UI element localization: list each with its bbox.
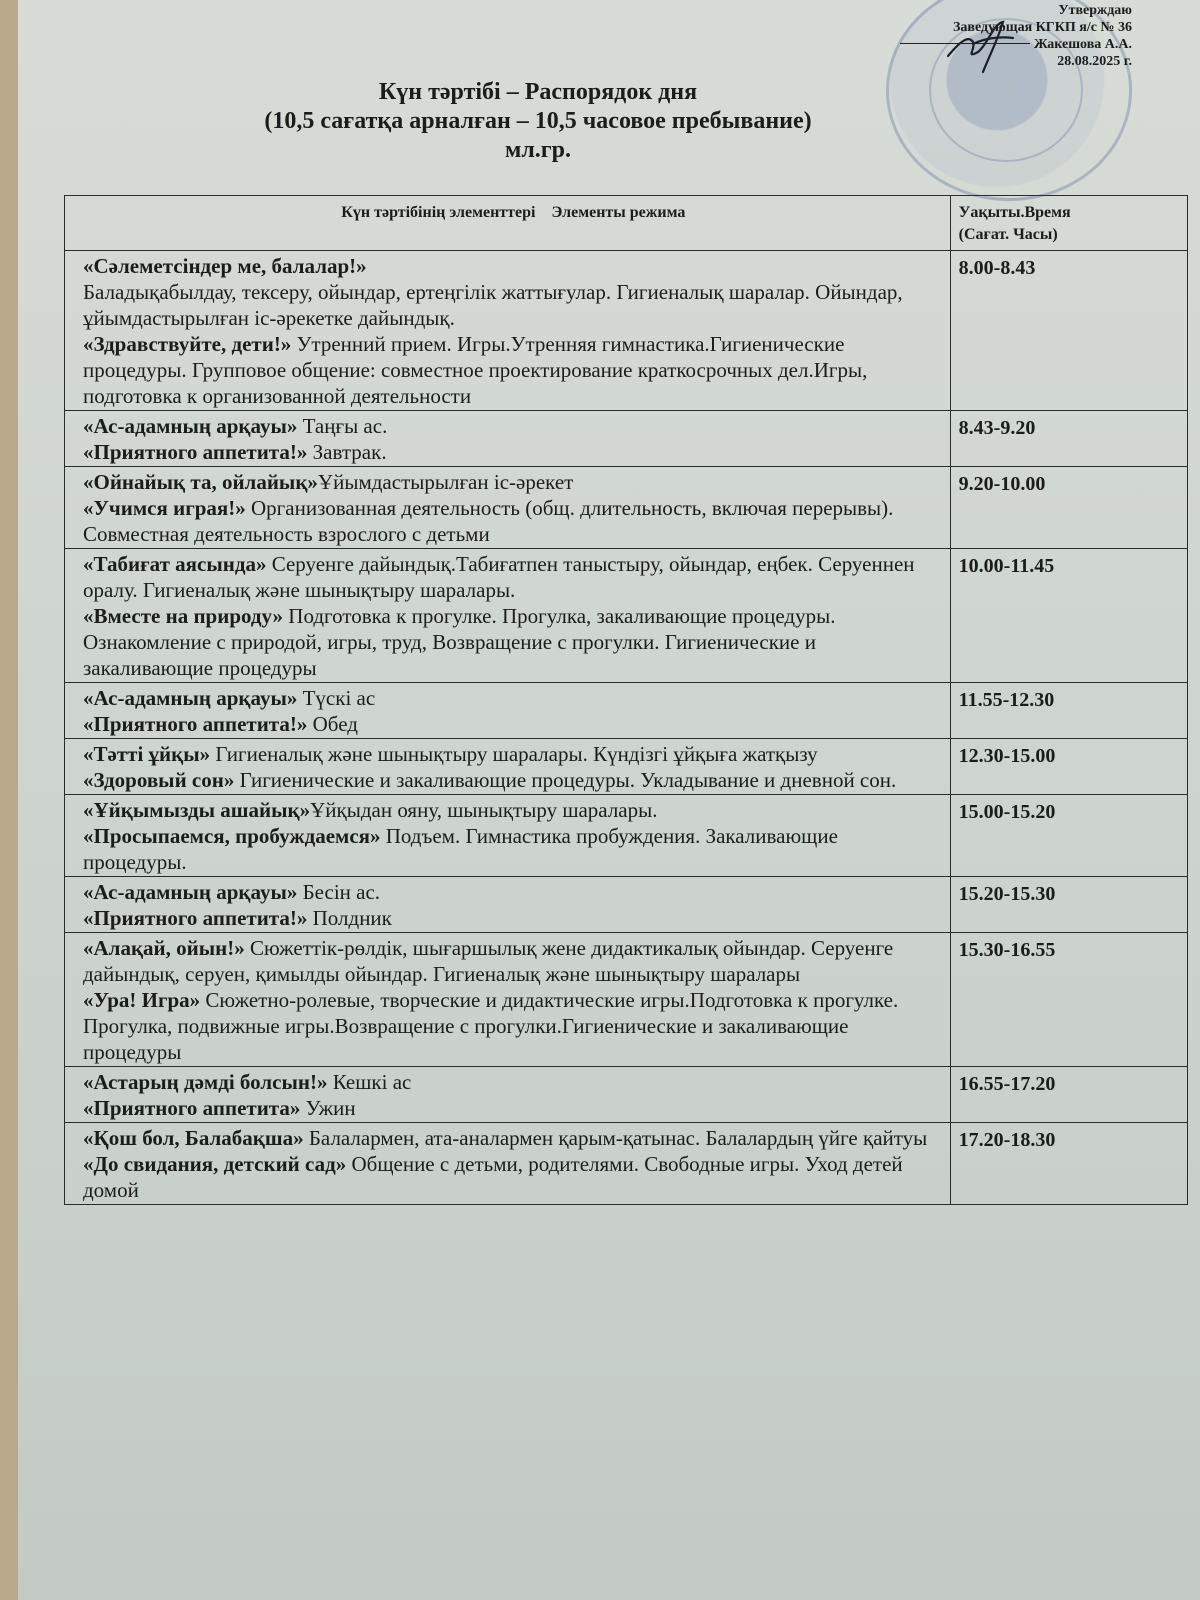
activity-heading: «Алақай, ойын!» [83,936,245,960]
schedule-activity-cell: «Ас-адамның арқауы» Таңғы ас.«Приятного … [65,411,951,467]
activity-heading: «Табиғат аясында» [83,552,266,576]
header-time: Уақыты.Время (Сағат. Часы) [950,196,1187,251]
approval-date: 28.08.2025 г. [900,53,1132,70]
schedule-time-cell: 16.55-17.20 [950,1067,1187,1123]
activity-paragraph: «Приятного аппетита» Ужин [83,1095,944,1121]
header-time-line-2: (Сағат. Часы) [959,224,1181,246]
activity-paragraph: «Ас-адамның арқауы» Таңғы ас. [83,413,944,439]
table-row: «Астарың дәмді болсын!» Кешкі ас«Приятно… [65,1067,1188,1123]
activity-description: Балалармен, ата-аналармен қарым-қатынас.… [304,1126,928,1150]
activity-description: Баладықабылдау, тексеру, ойындар, ертеңг… [83,280,903,330]
header-elements: Күн тәртібінің элементтері Элементы режи… [65,196,951,251]
activity-paragraph: «Здоровый сон» Гигиенические и закаливаю… [83,767,944,793]
table-row: «Табиғат аясында» Серуенге дайындық.Таби… [65,549,1188,683]
schedule-time-cell: 8.43-9.20 [950,411,1187,467]
activity-paragraph: «Ұйқымызды ашайық»Ұйқыдан ояну, шынықтыр… [83,797,944,823]
schedule-activity-cell: «Ас-адамның арқауы» Бесін ас.«Приятного … [65,877,951,933]
activity-paragraph: «До свидания, детский сад» Общение с дет… [83,1151,944,1203]
schedule-activity-cell: «Сәлеметсіндер ме, балалар!»Баладықабылд… [65,251,951,411]
activity-heading: «Приятного аппетита!» [83,440,307,464]
schedule-time-cell: 15.00-15.20 [950,795,1187,877]
activity-description: Түскі ас [297,686,375,710]
activity-paragraph: «Табиғат аясында» Серуенге дайындық.Таби… [83,551,944,603]
activity-heading: «Здоровый сон» [83,768,234,792]
schedule-activity-cell: «Ойнайық та, ойлайық»Ұйымдастырылған іс-… [65,467,951,549]
activity-paragraph: «Ура! Игра» Сюжетно-ролевые, творческие … [83,987,944,1065]
activity-heading: «Вместе на природу» [83,604,283,628]
schedule-activity-cell: «Табиғат аясында» Серуенге дайындық.Таби… [65,549,951,683]
activity-heading: «До свидания, детский сад» [83,1152,346,1176]
activity-description: Бесін ас. [297,880,380,904]
activity-paragraph: «Алақай, ойын!» Сюжеттік-рөлдік, шығаршы… [83,935,944,987]
activity-heading: «Ойнайық та, ойлайық» [83,470,318,494]
activity-heading: «Сәлеметсіндер ме, балалар!» [83,254,367,278]
activity-paragraph: «Приятного аппетита!» Завтрак. [83,439,944,465]
activity-description: Полдник [307,906,391,930]
activity-heading: «Ұйқымызды ашайық» [83,798,310,822]
table-row: «Ойнайық та, ойлайық»Ұйымдастырылған іс-… [65,467,1188,549]
title-line-1: Күн тәртібі – Распорядок дня [178,78,898,107]
table-row: «Сәлеметсіндер ме, балалар!»Баладықабылд… [65,251,1188,411]
schedule-body: «Сәлеметсіндер ме, балалар!»Баладықабылд… [65,251,1188,1205]
table-row: «Ас-адамның арқауы» Таңғы ас.«Приятного … [65,411,1188,467]
signature-line [900,43,1030,44]
activity-paragraph: «Здравствуйте, дети!» Утренний прием. Иг… [83,331,944,409]
activity-paragraph: «Ойнайық та, ойлайық»Ұйымдастырылған іс-… [83,469,944,495]
activity-description: Ұйымдастырылған іс-әрекет [318,470,573,494]
header-time-line-1: Уақыты.Время [959,202,1181,224]
table-row: «Ұйқымызды ашайық»Ұйқыдан ояну, шынықтыр… [65,795,1188,877]
activity-paragraph: «Сәлеметсіндер ме, балалар!» [83,253,944,279]
schedule-time-cell: 12.30-15.00 [950,739,1187,795]
table-row: «Тәтті ұйқы» Гигиеналық және шынықтыру ш… [65,739,1188,795]
activity-paragraph: «Тәтті ұйқы» Гигиеналық және шынықтыру ш… [83,741,944,767]
activity-description: Таңғы ас. [297,414,387,438]
activity-heading: «Астарың дәмді болсын!» [83,1070,327,1094]
activity-description: Обед [307,712,358,736]
approval-block: Утверждаю Заведующая КГКП я/с № 36 Жакеш… [900,2,1132,70]
activity-description: Ужин [300,1096,355,1120]
activity-paragraph: Баладықабылдау, тексеру, ойындар, ертеңг… [83,279,944,331]
schedule-time-cell: 15.20-15.30 [950,877,1187,933]
activity-paragraph: «Астарың дәмді болсын!» Кешкі ас [83,1069,944,1095]
table-row: «Алақай, ойын!» Сюжеттік-рөлдік, шығаршы… [65,933,1188,1067]
schedule-time-cell: 10.00-11.45 [950,549,1187,683]
activity-heading: «Қош бол, Балабақша» [83,1126,304,1150]
activity-heading: «Ас-адамның арқауы» [83,414,297,438]
table-header-row: Күн тәртібінің элементтері Элементы режи… [65,196,1188,251]
schedule-table: Күн тәртібінің элементтері Элементы режи… [64,195,1188,1205]
activity-heading: «Здравствуйте, дети!» [83,332,291,356]
activity-description: Гигиенические и закаливающие процедуры. … [234,768,896,792]
activity-heading: «Ас-адамның арқауы» [83,686,297,710]
schedule-activity-cell: «Қош бол, Балабақша» Балалармен, ата-ана… [65,1123,951,1205]
activity-paragraph: «Ас-адамның арқауы» Түскі ас [83,685,944,711]
activity-paragraph: «Приятного аппетита!» Обед [83,711,944,737]
approval-position: Заведующая КГКП я/с № 36 [900,19,1132,36]
activity-heading: «Приятного аппетита!» [83,712,307,736]
activity-heading: «Приятного аппетита!» [83,906,307,930]
schedule-time-cell: 11.55-12.30 [950,683,1187,739]
activity-paragraph: «Ас-адамның арқауы» Бесін ас. [83,879,944,905]
table-row: «Қош бол, Балабақша» Балалармен, ата-ана… [65,1123,1188,1205]
schedule-activity-cell: «Алақай, ойын!» Сюжеттік-рөлдік, шығаршы… [65,933,951,1067]
activity-description: Завтрак. [307,440,386,464]
activity-paragraph: «Вместе на природу» Подготовка к прогулк… [83,603,944,681]
activity-heading: «Ура! Игра» [83,988,200,1012]
approval-name: Жакешова А.А. [1034,37,1132,52]
table-row: «Ас-адамның арқауы» Түскі ас«Приятного а… [65,683,1188,739]
activity-heading: «Учимся играя!» [83,496,246,520]
schedule-time-cell: 8.00-8.43 [950,251,1187,411]
activity-description: Кешкі ас [327,1070,411,1094]
activity-paragraph: «Приятного аппетита!» Полдник [83,905,944,931]
title-line-3: мл.гр. [178,136,898,165]
schedule-time-cell: 9.20-10.00 [950,467,1187,549]
schedule-activity-cell: «Ұйқымызды ашайық»Ұйқыдан ояну, шынықтыр… [65,795,951,877]
activity-heading: «Тәтті ұйқы» [83,742,210,766]
table-row: «Ас-адамның арқауы» Бесін ас.«Приятного … [65,877,1188,933]
schedule-activity-cell: «Ас-адамның арқауы» Түскі ас«Приятного а… [65,683,951,739]
activity-heading: «Просыпаемся, пробуждаемся» [83,824,381,848]
activity-paragraph: «Просыпаемся, пробуждаемся» Подъем. Гимн… [83,823,944,875]
schedule-time-cell: 17.20-18.30 [950,1123,1187,1205]
schedule-time-cell: 15.30-16.55 [950,933,1187,1067]
activity-paragraph: «Учимся играя!» Организованная деятельно… [83,495,944,547]
document-page: Утверждаю Заведующая КГКП я/с № 36 Жакеш… [18,0,1200,1600]
activity-description: Сюжетно-ролевые, творческие и дидактичес… [83,988,898,1064]
activity-description: Гигиеналық және шынықтыру шаралары. Күнд… [210,742,818,766]
activity-heading: «Ас-адамның арқауы» [83,880,297,904]
activity-paragraph: «Қош бол, Балабақша» Балалармен, ата-ана… [83,1125,944,1151]
approval-signatory: Жакешова А.А. [900,36,1132,53]
schedule-activity-cell: «Тәтті ұйқы» Гигиеналық және шынықтыру ш… [65,739,951,795]
document-title: Күн тәртібі – Распорядок дня (10,5 сағат… [178,78,898,165]
activity-heading: «Приятного аппетита» [83,1096,300,1120]
title-line-2: (10,5 сағатқа арналған – 10,5 часовое пр… [178,107,898,136]
activity-description: Ұйқыдан ояну, шынықтыру шаралары. [310,798,657,822]
schedule-activity-cell: «Астарың дәмді болсын!» Кешкі ас«Приятно… [65,1067,951,1123]
approval-label: Утверждаю [900,2,1132,19]
